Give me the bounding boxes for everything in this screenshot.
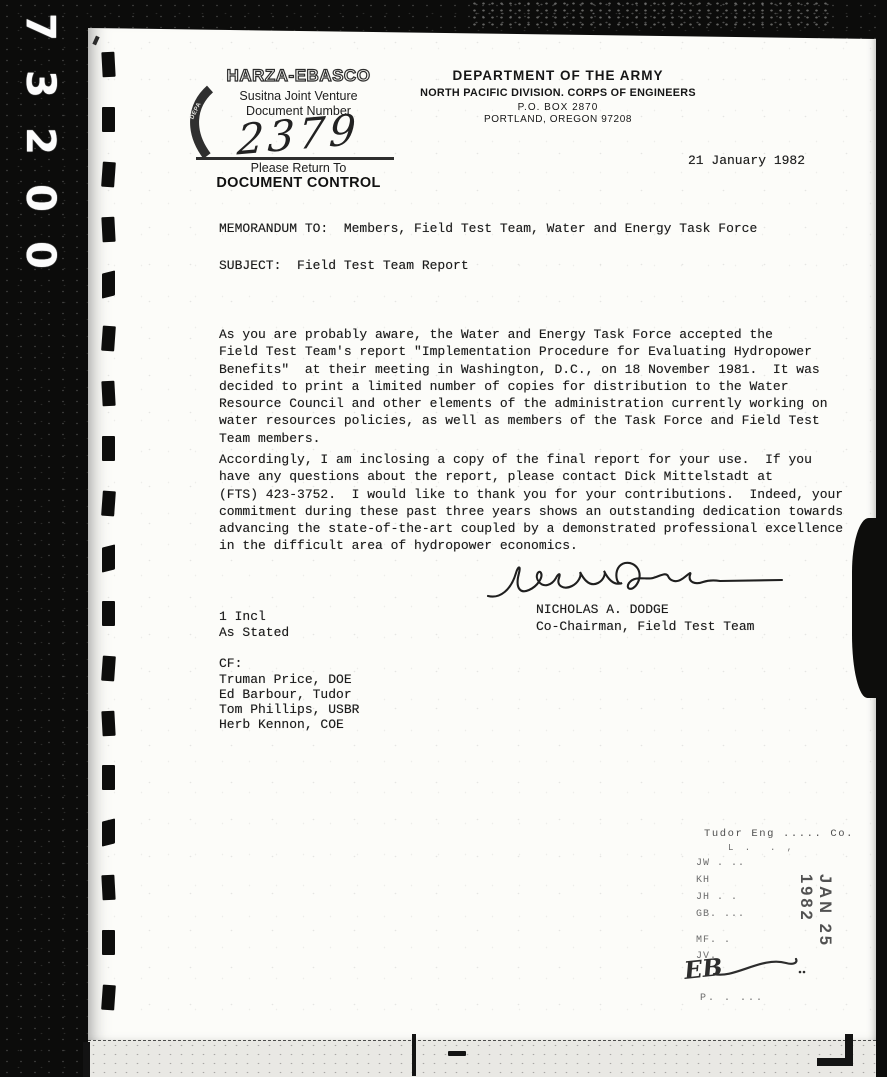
punch-hole-mark: [101, 655, 116, 681]
punch-hole-mark: [101, 216, 115, 242]
scan-artifact: [92, 36, 99, 46]
stamp-document-control: DOCUMENT CONTROL: [206, 175, 391, 191]
frame-digit: 3: [19, 56, 61, 112]
scan-shadow-blotch: [852, 518, 880, 698]
receiving-stamp-subline: L . . ,: [728, 843, 795, 853]
below-page-margin: [88, 1040, 876, 1077]
army-letterhead: DEPARTMENT OF THE ARMY NORTH PACIFIC DIV…: [417, 68, 699, 125]
punch-hole-mark: [101, 52, 115, 78]
enclosure-as-stated: As Stated: [219, 624, 289, 641]
punch-hole-mark: [102, 765, 115, 790]
subject-line: SUBJECT: Field Test Team Report: [219, 257, 469, 274]
routing-initials: JW . ..: [696, 858, 745, 869]
memo-paper: DEPA HARZA-EBASCO Susitna Joint Venture …: [88, 24, 876, 1040]
routing-initials: MF. .: [696, 935, 731, 946]
stamp-subtitle-venture: Susitna Joint Venture: [206, 89, 391, 103]
letterhead-department: DEPARTMENT OF THE ARMY: [417, 68, 699, 83]
scanned-memo-page: 7 3 2 0 0: [0, 0, 887, 1077]
letterhead-city: PORTLAND, OREGON 97208: [417, 114, 699, 125]
letterhead-pobox: P.O. BOX 2870: [417, 102, 699, 113]
frame-digit: 2: [19, 113, 61, 169]
memorandum-to-line: MEMORANDUM TO: Members, Field Test Team,…: [219, 220, 757, 237]
punch-hole-mark: [101, 491, 116, 517]
punch-hole-mark: [102, 436, 115, 461]
enclosure-count: 1 Incl: [219, 608, 266, 625]
punch-hole-mark: [102, 930, 115, 955]
received-date-stamp: JAN 25 1982: [796, 874, 834, 984]
punch-hole-mark: [101, 710, 115, 736]
punch-hole-mark: [101, 984, 116, 1010]
cf-label: CF:: [219, 655, 242, 672]
frame-digit: 7: [19, 0, 61, 55]
binding-holes: [102, 52, 118, 1010]
document-number-underline: [196, 157, 394, 160]
punch-hole-mark: [101, 161, 116, 187]
bottom-left-tick-mark: [83, 1042, 90, 1077]
handwritten-checkmark-swoosh: [710, 950, 806, 986]
frame-digit: 0: [19, 227, 61, 283]
stamp-return-line: Please Return To: [206, 161, 391, 175]
body-paragraph-1: As you are probably aware, the Water and…: [219, 326, 828, 447]
bottom-center-tick-mark: [412, 1034, 416, 1076]
signer-title: Co-Chairman, Field Test Team: [536, 618, 754, 635]
signer-name: NICHOLAS A. DODGE: [536, 601, 669, 618]
routing-initials: GB. ...: [696, 909, 745, 920]
cf-name: Herb Kennon, COE: [219, 716, 344, 733]
bottom-dash-mark: [448, 1051, 466, 1056]
routing-initials: KH: [696, 875, 710, 886]
punch-hole-mark: [101, 381, 115, 407]
receiving-stamp-company: Tudor Eng ..... Co.: [694, 828, 864, 840]
memo-date: 21 January 1982: [688, 152, 805, 169]
routing-initials: JH . .: [696, 892, 738, 903]
punch-hole-mark: [102, 270, 115, 298]
body-paragraph-2: Accordingly, I am inclosing a copy of th…: [219, 451, 843, 555]
punch-hole-mark: [102, 601, 115, 626]
punch-hole-mark: [101, 326, 116, 352]
frame-digit: 0: [19, 170, 61, 226]
punch-hole-mark: [102, 544, 115, 572]
harza-ebasco-stamp-title: HARZA-EBASCO: [206, 66, 391, 86]
punch-hole-mark: [101, 875, 115, 901]
punch-hole-mark: [102, 107, 115, 132]
film-frame-number: 7 3 2 0 0: [12, 6, 72, 276]
punch-hole-mark: [102, 819, 115, 847]
bottom-right-corner-mark: [817, 1058, 853, 1066]
film-grain-noise: [470, 0, 830, 30]
receiving-stamp-footer: P. . ...: [700, 993, 764, 1004]
letterhead-division: NORTH PACIFIC DIVISION. CORPS OF ENGINEE…: [417, 87, 699, 99]
